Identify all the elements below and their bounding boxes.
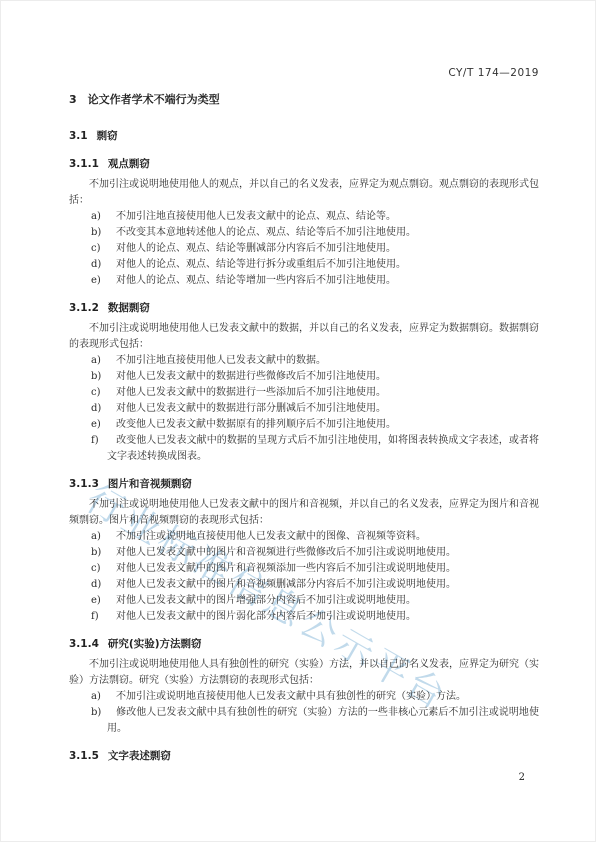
section-heading: 3.1剽窃 (69, 129, 539, 143)
item-text: 不改变其本意地转述他人的论点、观点、结论等后不加引注地使用。 (116, 227, 416, 238)
list-item: d)对他人的论点、观点、结论等进行拆分或重组后不加引注地使用。 (69, 257, 539, 273)
list-item: a)不加引注或说明地直接使用他人已发表文献中具有独创性的研究（实验）方法。 (69, 689, 539, 705)
item-label: f) (91, 609, 116, 625)
item-text: 对他人已发表文献中的图片和音视频进行些微修改后不加引注或说明地使用。 (116, 547, 456, 558)
subsection-title: 文字表述剽窃 (108, 750, 171, 762)
item-label: a) (91, 689, 116, 705)
subsection-intro: 不加引注或说明地使用他人已发表文献中的图片和音视频，并以自己的名义发表，应界定为… (69, 497, 539, 529)
subsection-number: 3.1.4 (69, 638, 99, 650)
subsection-3-1-1: 3.1.1观点剽窃 不加引注或说明地使用他人的观点，并以自己的名义发表，应界定为… (69, 157, 539, 289)
item-text: 对他人的论点、观点、结论等增加一些内容后不加引注地使用。 (116, 275, 396, 286)
item-list: a)不加引注地直接使用他人已发表文献中的论点、观点、结论等。 b)不改变其本意地… (69, 209, 539, 289)
item-label: b) (91, 545, 116, 561)
list-item: a)不加引注地直接使用他人已发表文献中的论点、观点、结论等。 (69, 209, 539, 225)
subsection-number: 3.1.1 (69, 158, 99, 170)
list-item: f)对他人已发表文献中的图片弱化部分内容后不加引注或说明地使用。 (69, 609, 539, 625)
item-label: a) (91, 353, 116, 369)
list-item: d)对他人已发表文献中的图片和音视频删减部分内容后不加引注或说明地使用。 (69, 577, 539, 593)
subsection-heading: 3.1.4研究(实验)方法剽窃 (69, 637, 539, 651)
subsection-3-1-2: 3.1.2数据剽窃 不加引注或说明地使用他人已发表文献中的数据，并以自己的名义发… (69, 301, 539, 465)
chapter-title: 论文作者学术不端行为类型 (88, 93, 220, 106)
item-text: 对他人的论点、观点、结论等删减部分内容后不加引注地使用。 (116, 243, 396, 254)
list-item: c)对他人已发表文献中的图片和音视频添加一些内容后不加引注或说明地使用。 (69, 561, 539, 577)
item-label: f) (91, 433, 116, 449)
subsection-number: 3.1.3 (69, 478, 99, 490)
item-label: b) (91, 705, 116, 721)
item-label: c) (91, 385, 116, 401)
subsection-number: 3.1.5 (69, 750, 99, 762)
chapter-number: 3 (69, 93, 77, 106)
item-text: 对他人已发表文献中的图片和音视频添加一些内容后不加引注或说明地使用。 (116, 563, 456, 574)
item-label: c) (91, 561, 116, 577)
item-text: 对他人已发表文献中的数据进行一些添加后不加引注地使用。 (116, 387, 386, 398)
item-text: 对他人已发表文献中的图片和音视频删减部分内容后不加引注或说明地使用。 (116, 579, 456, 590)
list-item: b)对他人已发表文献中的图片和音视频进行些微修改后不加引注或说明地使用。 (69, 545, 539, 561)
list-item: f)改变他人已发表文献中的数据的呈现方式后不加引注地使用，如将图表转换成文字表述… (69, 433, 539, 465)
list-item: e)对他人已发表文献中的图片增强部分内容后不加引注或说明地使用。 (69, 593, 539, 609)
item-label: c) (91, 241, 116, 257)
item-text: 修改他人已发表文献中具有独创性的研究（实验）方法的一些非核心元素后不加引注或说明… (107, 707, 539, 734)
item-text: 不加引注或说明地直接使用他人已发表文献中具有独创性的研究（实验）方法。 (116, 691, 466, 702)
item-text: 对他人的论点、观点、结论等进行拆分或重组后不加引注地使用。 (116, 259, 406, 270)
item-list: a)不加引注或说明地直接使用他人已发表文献中具有独创性的研究（实验）方法。 b)… (69, 689, 539, 737)
subsection-heading: 3.1.1观点剽窃 (69, 157, 539, 171)
subsection-title: 观点剽窃 (108, 158, 150, 170)
subsection-3-1-4: 3.1.4研究(实验)方法剽窃 不加引注或说明地使用他人具有独创性的研究（实验）… (69, 637, 539, 737)
header-doc-code: CY/T 174—2019 (448, 67, 539, 79)
subsection-heading: 3.1.2数据剽窃 (69, 301, 539, 315)
subsection-title: 图片和音视频剽窃 (108, 478, 192, 490)
list-item: e)改变他人已发表文献中数据原有的排列顺序后不加引注地使用。 (69, 417, 539, 433)
item-label: e) (91, 417, 116, 433)
item-label: a) (91, 209, 116, 225)
subsection-intro: 不加引注或说明地使用他人具有独创性的研究（实验）方法，并以自己的名义发表，应界定… (69, 657, 539, 689)
list-item: b)对他人已发表文献中的数据进行些微修改后不加引注地使用。 (69, 369, 539, 385)
item-label: e) (91, 593, 116, 609)
list-item: c)对他人已发表文献中的数据进行一些添加后不加引注地使用。 (69, 385, 539, 401)
item-text: 不加引注地直接使用他人已发表文献中的论点、观点、结论等。 (116, 211, 396, 222)
item-label: e) (91, 273, 116, 289)
subsection-3-1-3: 3.1.3图片和音视频剽窃 不加引注或说明地使用他人已发表文献中的图片和音视频，… (69, 477, 539, 625)
item-list: a)不加引注或说明地直接使用他人已发表文献中的图像、音视频等资料。 b)对他人已… (69, 529, 539, 625)
item-text: 改变他人已发表文献中数据原有的排列顺序后不加引注地使用。 (116, 419, 396, 430)
list-item: e)对他人的论点、观点、结论等增加一些内容后不加引注地使用。 (69, 273, 539, 289)
item-list: a)不加引注地直接使用他人已发表文献中的数据。 b)对他人已发表文献中的数据进行… (69, 353, 539, 465)
item-label: b) (91, 369, 116, 385)
item-label: d) (91, 577, 116, 593)
page-content: 3论文作者学术不端行为类型 3.1剽窃 3.1.1观点剽窃 不加引注或说明地使用… (69, 93, 539, 763)
item-text: 对他人已发表文献中的图片增强部分内容后不加引注或说明地使用。 (116, 595, 416, 606)
section-number: 3.1 (69, 130, 88, 142)
list-item: b)不改变其本意地转述他人的论点、观点、结论等后不加引注地使用。 (69, 225, 539, 241)
item-text: 不加引注地直接使用他人已发表文献中的数据。 (116, 355, 326, 366)
list-item: c)对他人的论点、观点、结论等删减部分内容后不加引注地使用。 (69, 241, 539, 257)
item-text: 改变他人已发表文献中的数据的呈现方式后不加引注地使用，如将图表转换成文字表述，或… (107, 435, 539, 462)
chapter-heading: 3论文作者学术不端行为类型 (69, 93, 539, 107)
item-label: d) (91, 257, 116, 273)
list-item: a)不加引注地直接使用他人已发表文献中的数据。 (69, 353, 539, 369)
list-item: d)对他人已发表文献中的数据进行部分删减后不加引注地使用。 (69, 401, 539, 417)
item-label: b) (91, 225, 116, 241)
subsection-number: 3.1.2 (69, 302, 99, 314)
section-title: 剽窃 (97, 130, 118, 142)
subsection-intro: 不加引注或说明地使用他人已发表文献中的数据，并以自己的名义发表，应界定为数据剽窃… (69, 321, 539, 353)
subsection-3-1-5: 3.1.5文字表述剽窃 (69, 749, 539, 763)
subsection-intro: 不加引注或说明地使用他人的观点，并以自己的名义发表，应界定为观点剽窃。观点剽窃的… (69, 177, 539, 209)
item-text: 对他人已发表文献中的图片弱化部分内容后不加引注或说明地使用。 (116, 611, 416, 622)
item-text: 对他人已发表文献中的数据进行部分删减后不加引注地使用。 (116, 403, 386, 414)
item-text: 不加引注或说明地直接使用他人已发表文献中的图像、音视频等资料。 (116, 531, 426, 542)
subsection-heading: 3.1.5文字表述剽窃 (69, 749, 539, 763)
item-label: a) (91, 529, 116, 545)
page-number: 2 (519, 772, 525, 783)
subsection-heading: 3.1.3图片和音视频剽窃 (69, 477, 539, 491)
subsection-title: 数据剽窃 (108, 302, 150, 314)
list-item: b)修改他人已发表文献中具有独创性的研究（实验）方法的一些非核心元素后不加引注或… (69, 705, 539, 737)
list-item: a)不加引注或说明地直接使用他人已发表文献中的图像、音视频等资料。 (69, 529, 539, 545)
document-page: CY/T 174—2019 行业标准信息公示平台 3论文作者学术不端行为类型 3… (0, 0, 596, 842)
item-text: 对他人已发表文献中的数据进行些微修改后不加引注地使用。 (116, 371, 386, 382)
subsection-title: 研究(实验)方法剽窃 (108, 638, 202, 650)
item-label: d) (91, 401, 116, 417)
